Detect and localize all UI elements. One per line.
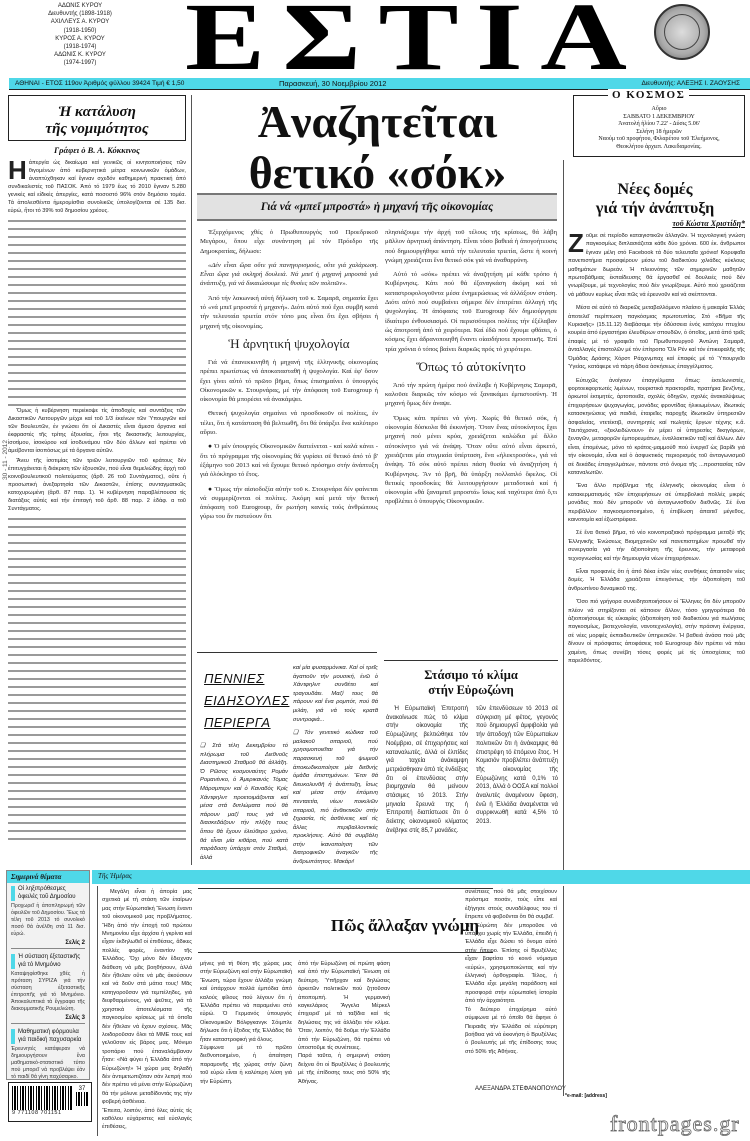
title-rule (198, 952, 493, 953)
paragraph: ἀπεργία ὡς δικαίωμα καί γενικῶς οἱ κινητ… (8, 160, 186, 214)
main-headline[interactable]: Ἀναζητεῖται θετικό «σόκ» (195, 96, 560, 198)
eurozone-article-title[interactable]: Στάσιμο τό κλίμαστήν Εὐρωζώνη (384, 665, 558, 703)
founder-name: ΚΥΡΟΣ Α. ΚΥΡΟΥ (30, 35, 130, 43)
barcode-digits: 9 771108 701151 (12, 1110, 88, 1116)
paragraph: Αὐτό τό «σόκ» πρέπει νά ἀναζητήση μέ κάθ… (385, 270, 557, 354)
column-divider (563, 160, 564, 870)
title-rule (198, 888, 493, 889)
paragraph: Ὅμως κάτι πρέπει νά γίνη. Χωρίς θά θετικ… (385, 414, 557, 507)
topic-desc: Καταψηφίσθηκε χθές ἡ πρόταση ΣΥΡΙΖΑ γιά … (11, 971, 85, 1013)
title-line: γιά τήν ἀνάπτυξη (565, 199, 745, 218)
title-text: Στάσιμο τό κλίμα (424, 668, 518, 682)
pennies-col1: ❑ Στά τέλη Δεκεμβρίου τό πλήρωμα τοῦ Διε… (200, 742, 288, 867)
dropcap: Ζ (568, 232, 584, 254)
founder-years: (1918-1974) (30, 43, 130, 51)
bottom-article-col1: Μεγάλη εἶναι ἡ ἀπορία μας σχετικά μέ τή … (102, 888, 192, 1137)
paragraph: Ἡ Εὐρωπαϊκή Ἐπιτροπή ἀνακοίνωσε πώς τό κ… (386, 705, 468, 836)
bottom-article-col3: ἀπό τήν Εὐρωζώνη σέ πρώτη φάση καί ἀπό τ… (298, 960, 390, 1091)
watermark: frontpages.gr (610, 1111, 740, 1137)
paragraph: Σέ ἕνα θετικό βῆμα, τό νέο κοινοπραξιακό… (568, 529, 745, 563)
founder-name: ΑΔΩΝΙΣ ΚΥΡΟΥ (30, 2, 130, 10)
bottom-article-col4: συνέπειες πού θά μᾶς στοιχίσουν πρόστιμα… (465, 888, 557, 1061)
column-divider (563, 886, 564, 1096)
day-band: Τῆς Ἡμέρας (92, 870, 750, 884)
title-line: Ἡ κατάλυση (9, 104, 185, 121)
title-line: ΠΕΝΝΙΕΣ (200, 668, 286, 690)
paragraph: Ὅμως ἡ κυβέρνηση περιέκοψε τίς ἀποδοχές … (8, 407, 186, 455)
topic-page: Σελίς 2 (11, 940, 85, 949)
bullet-item: ● Ὅμως τήν αἰσιοδοξία αὐτήν τοῦ κ. Στουρ… (200, 485, 378, 522)
text-block (8, 515, 186, 845)
item-text: Τόν γενετικό κώδικα τοῦ μαλακοῦ σιταριοῦ… (293, 730, 378, 865)
kosmos-box: Ο ΚΟΣΜΟΣ Αὔριο ΣΑΒΒΑΤΟ 1 ΔΕΚΕΜΒΡΙΟΥ Ἀνατ… (573, 95, 745, 157)
paragraph: Ἐξερχόμενος χθές ὁ Πρωθυπουργός τοῦ Προε… (200, 228, 378, 256)
paragraph: Θετική ψυχολογία σημαίνει νά προσδοκοῦν … (200, 409, 378, 437)
section-divider (384, 660, 558, 661)
subheading: Ἡ ἀρνητική ψυχολογία (200, 336, 378, 352)
eurozone-col1: Ἡ Εὐρωπαϊκή Ἐπιτροπή ἀνακοίνωσε πώς τό κ… (386, 705, 468, 841)
today-topics-box: Σημερινά θέματα Οἱ ληξιπρόθεσμες ὀφειλές… (6, 870, 90, 1080)
headline-line: Ἀναζητεῖται (195, 96, 560, 147)
topic-desc: Ἐρευνητές κατάφεραν νά δημιουργήσουν ἕνα… (11, 1046, 85, 1081)
main-article-col2: πλησιάζουμε τήν ἀρχή τοῦ τέλους τῆς κρίσ… (385, 228, 557, 512)
title-line: ΕΙΔΗΣΟΥΛΕΣ (200, 690, 286, 712)
right-article-title[interactable]: Νέες δομές γιά τήν ἀνάπτυξη (565, 180, 745, 218)
paragraph: ἀπό τήν Εὐρωζώνη σέ πρώτη φάση καί ἀπό τ… (298, 960, 390, 1086)
main-article-col1: Ἐξερχόμενος χθές ὁ Πρωθυπουργός τοῦ Προε… (200, 228, 378, 527)
text-block (8, 217, 186, 407)
subheading: Ὅπως τό αὐτοκίνητο (385, 359, 557, 375)
barcode-bars-icon (12, 1086, 73, 1110)
title-line: Στάσιμο τό κλίμαστήν Εὐρωζώνη (384, 668, 558, 698)
founders-list: ΑΔΩΝΙΣ ΚΥΡΟΥ Διευθυντής (1898-1918) ΑΧΙΛ… (30, 2, 130, 68)
founder-years: (1918-1950) (30, 27, 130, 35)
paragraph: Ἀπό τήν πρώτη ἡμέρα πού ἀνέλαβε ἡ Κυβέρν… (385, 381, 557, 409)
paragraph: καί μία φυσαρμόνικα. Καί οἱ τρεῖς ἀγαποῦ… (293, 664, 378, 724)
band-label: Τῆς Ἡμέρας (98, 872, 132, 880)
paragraph: οῦμε σέ περίοδο καταιγιστικῶν ἀλλαγῶν. Ἡ… (568, 233, 745, 298)
founder-name: ΑΧΙΛΛΕΥΣ Α. ΚΥΡΟΥ (30, 18, 130, 26)
paragraph: Γιά νά ἐπανεκκινηθῆ ἡ μηχανή τῆς ἑλληνικ… (200, 358, 378, 404)
paragraph: τῶν ἐπενδύσεων τό 2013 σέ σύγκριση μέ φέ… (476, 705, 558, 827)
paragraph: Μεγάλη εἶναι ἡ ἀπορία μας σχετικά μέ τή … (102, 888, 192, 1132)
kosmos-line: Ναούμ τοῦ προφήτου, Φιλαρέτου τοῦ Ἐλεήμο… (574, 136, 744, 144)
quote-text: «Δέν εἶναι ὥρα οὔτε γιά πανηγυρισμούς, ο… (200, 262, 378, 288)
barcode: 37 9 771108 701151 (8, 1082, 92, 1122)
right-article-byline: τοῦ Κώστα Χριστίδη* (620, 219, 745, 228)
pennies-item: ❑ Τόν γενετικό κώδικα τοῦ μαλακοῦ σιταρι… (293, 729, 378, 867)
pennies-col2: καί μία φυσαρμόνικα. Καί οἱ τρεῖς ἀγαποῦ… (293, 664, 378, 872)
pennies-item: ❑ Στά τέλη Δεκεμβρίου τό πλήρωμα τοῦ Διε… (200, 742, 288, 862)
paragraph: συνέπειες πού θά μᾶς στοιχίσουν πρόστιμα… (465, 888, 557, 1056)
kosmos-line: Ἀνατολή ἡλίου 7.22' - Δύσις 5.06' (574, 121, 744, 129)
section-divider (197, 652, 377, 653)
quote: «Δέν εἶναι ὥρα οὔτε γιά πανηγυρισμούς, ο… (200, 261, 378, 289)
kosmos-title: Ο ΚΟΣΜΟΣ (608, 89, 689, 102)
kosmos-line: Θεοκλήτου ἀρχιεπ. Λακεδαιμονίας. (574, 144, 744, 152)
paragraph: Εὐτυχῶς ἀνοίγουν ἐπαγγέλματα ὅπως: ἐκτελ… (568, 377, 745, 478)
barcode-issue: 37 (76, 1086, 88, 1110)
right-article-body: Ζοῦμε σέ περίοδο καταιγιστικῶν ἀλλαγῶν. … (568, 232, 745, 671)
founder-years: (1974-1997) (30, 59, 130, 67)
sidebox-header: Σημερινά θέματα (7, 871, 89, 883)
main-subheadline: Γιά νά «μπεῖ μπροστά» ἡ μηχανή τῆς οἰκον… (197, 193, 557, 221)
kosmos-line: ΣΑΒΒΑΤΟ 1 ΔΕΚΕΜΒΡΙΟΥ (574, 114, 744, 122)
paragraph: Εἶναι προφανές ὅτι ἡ ἀπό δέκα ἑτῶν νέες … (568, 568, 745, 593)
topic-title: Ἡ σύσταση ἐξεταστικῆς γιά τό Μνημόνιο (11, 954, 85, 969)
topic-title: Μαθηματική φόρμουλα γιά παιδική παχυσαρκ… (11, 1029, 85, 1044)
issue-info: ΑΘΗΝΑΙ - ΕΤΟΣ 119ον Ἀριθμός φύλλου 39424… (15, 78, 184, 90)
topic-title: Οἱ ληξιπρόθεσμες ὀφειλές τοῦ Δημοσίου (11, 886, 85, 901)
masthead: ΑΔΩΝΙΣ ΚΥΡΟΥ Διευθυντής (1898-1918) ΑΧΙΛ… (0, 0, 750, 78)
paragraph: Μέσα σέ αὐτό τό διαρκῶς μεταβαλλόμενο πλ… (568, 304, 745, 371)
paragraph: Ἀπό τήν λακωνική αὐτή δήλωση τοῦ κ. Σαμα… (200, 294, 378, 331)
dropcap: Η (8, 159, 27, 181)
title-line: Νέες δομές (565, 180, 745, 199)
paragraph: Ὅσο πιό γρήγορα συνειδητοποιήσουν οἱ Ἕλλ… (568, 598, 745, 665)
paragraph: Ἄνευ τῆς ἰσοτιμίας τῶν τριῶν λειτουργιῶν… (8, 457, 186, 513)
founder-years: Διευθυντής (1898-1918) (30, 10, 130, 18)
author-email[interactable]: *e-mail: [address] (565, 1093, 607, 1099)
topic-item[interactable]: Οἱ ληξιπρόθεσμες ὀφειλές τοῦ Δημοσίου Πρ… (7, 883, 89, 951)
bottom-article-col2: μήνες γιά τή θέση τῆς χώρας μας στήν Εὐρ… (200, 960, 292, 1091)
left-article-byline: Γράφει ὁ Β. Α. Κόκκινος (8, 145, 186, 155)
headline-line: θετικό «σόκ» (195, 147, 560, 198)
seal-emblem-icon (654, 4, 710, 60)
topic-desc: Προχωρεῖ ἡ ἀποπληρωμή τῶν ὀφειλῶν τοῦ Δη… (11, 903, 85, 938)
title-text: στήν Εὐρωζώνη (428, 683, 514, 697)
topic-page: Σελίς 3 (11, 1015, 85, 1024)
column-divider (191, 95, 192, 865)
column-divider (97, 886, 98, 1136)
paragraph: Ἕνα ἄλλο πρόβλημα τῆς ἑλληνικῆς οἰκονομί… (568, 482, 745, 524)
bullet-text: Ὅμως τήν αἰσιοδοξία αὐτήν τοῦ κ. Στουρνά… (200, 486, 378, 521)
left-article: Ἡ κατάλυση τῆς νομιμότητος Γράφει ὁ Β. Α… (8, 95, 186, 845)
paragraph: πλησιάζουμε τήν ἀρχή τοῦ τέλους τῆς κρίσ… (385, 228, 557, 265)
bullet-text: Ὁ μέν ὑπουργός Οἰκονομικῶν διατείνεται -… (200, 443, 378, 478)
barcode-addon-icon (76, 1092, 88, 1106)
paragraph: μήνες γιά τή θέση τῆς χώρας μας στήν Εὐρ… (200, 960, 292, 1086)
newspaper-logo[interactable]: ΕΣΤΙΑ (185, 0, 644, 82)
title-line: τῆς νομιμότητος (9, 121, 185, 138)
topic-item[interactable]: Ἡ σύσταση ἐξεταστικῆς γιά τό Μνημόνιο Κα… (7, 951, 89, 1026)
kosmos-line: Σελήνη 18 ἡμερῶν (574, 129, 744, 137)
founder-name: ΑΔΩΝΙΣ Κ. ΚΥΡΟΥ (30, 51, 130, 59)
pennies-box-title: ΠΕΝΝΙΕΣ ΕΙΔΗΣΟΥΛΕΣ ΠΕΡΙΕΡΓΑ (200, 668, 286, 734)
left-article-title[interactable]: Ἡ κατάλυση τῆς νομιμότητος (8, 95, 186, 141)
item-text: Στά τέλη Δεκεμβρίου τό πλήρωμα τοῦ Διεθν… (200, 743, 288, 861)
bullet-item: ● Ὁ μέν ὑπουργός Οἰκονομικῶν διατείνεται… (200, 442, 378, 479)
kosmos-line: Αὔριο (574, 106, 744, 114)
title-line: ΠΕΡΙΕΡΓΑ (200, 712, 286, 734)
left-article-body: Ηἀπεργία ὡς δικαίωμα καί γενικῶς οἱ κινη… (8, 159, 186, 845)
eurozone-col2: τῶν ἐπενδύσεων τό 2013 σέ σύγκριση μέ φέ… (476, 705, 558, 832)
author-signature: ΑΛΕΞΑΝΔΡΑ ΣΤΕΦΑΝΟΠΟΥΛΟΥ (475, 1086, 566, 1092)
issue-date: Παρασκευή, 30 Νοεμβρίου 2012 (279, 78, 386, 90)
